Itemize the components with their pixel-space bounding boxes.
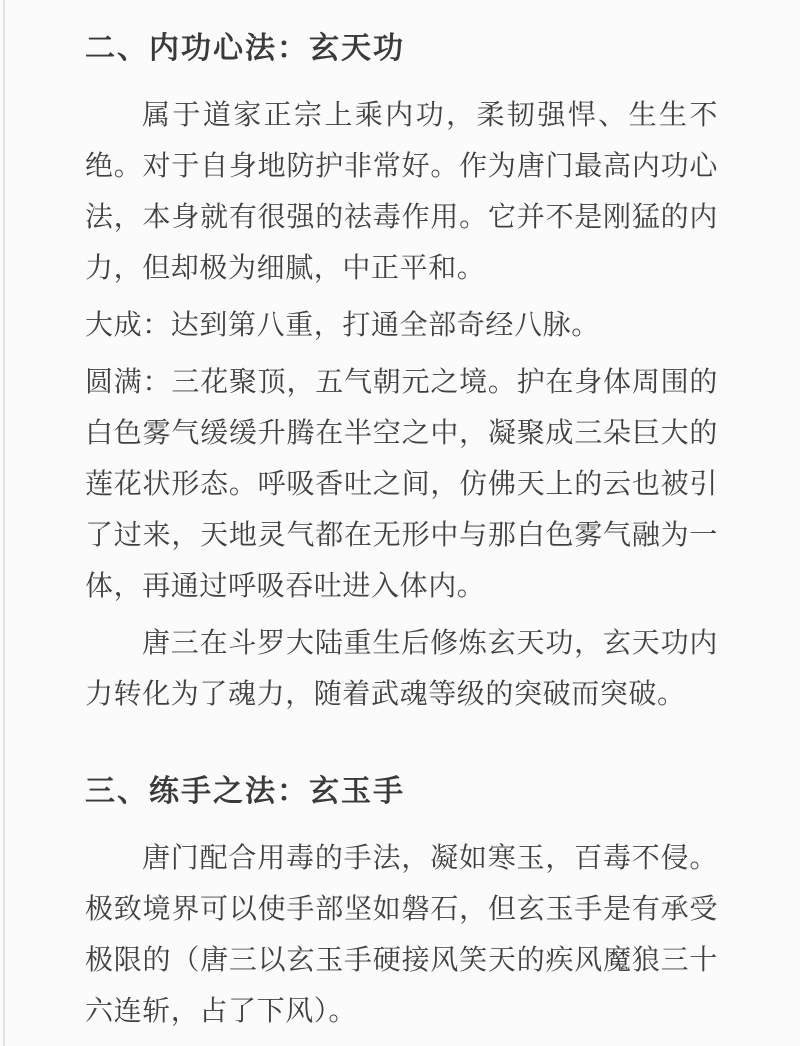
section-xuanyushou: 三、练手之法：玄玉手 唐门配合用毒的手法，凝如寒玉，百毒不侵。极致境界可以使手部…	[85, 775, 718, 1036]
paragraph-xuantiangong-intro: 属于道家正宗上乘内功，柔韧强悍、生生不绝。对于自身地防护非常好。作为唐门最高内功…	[85, 89, 718, 293]
section-xuantiangong: 二、内功心法：玄天功 属于道家正宗上乘内功，柔韧强悍、生生不绝。对于自身地防护非…	[85, 32, 718, 719]
paragraph-tangsan-cultivation: 唐三在斗罗大陆重生后修炼玄天功，玄天功内力转化为了魂力，随着武魂等级的突破而突破…	[85, 617, 718, 719]
scan-edge-line	[3, 0, 5, 1046]
section-heading-xuantiangong: 二、内功心法：玄天功	[85, 32, 718, 66]
paragraph-dacheng: 大成：达到第八重，打通全部奇经八脉。	[85, 299, 718, 350]
paragraph-xuanyushou-intro: 唐门配合用毒的手法，凝如寒玉，百毒不侵。极致境界可以使手部坚如磐石，但玄玉手是有…	[85, 832, 718, 1036]
paragraph-yuanman: 圆满：三花聚顶，五气朝元之境。护在身体周围的白色雾气缓缓升腾在半空之中，凝聚成三…	[85, 356, 718, 611]
section-heading-xuanyushou: 三、练手之法：玄玉手	[85, 775, 718, 809]
document-page: 二、内功心法：玄天功 属于道家正宗上乘内功，柔韧强悍、生生不绝。对于自身地防护非…	[0, 0, 800, 1046]
